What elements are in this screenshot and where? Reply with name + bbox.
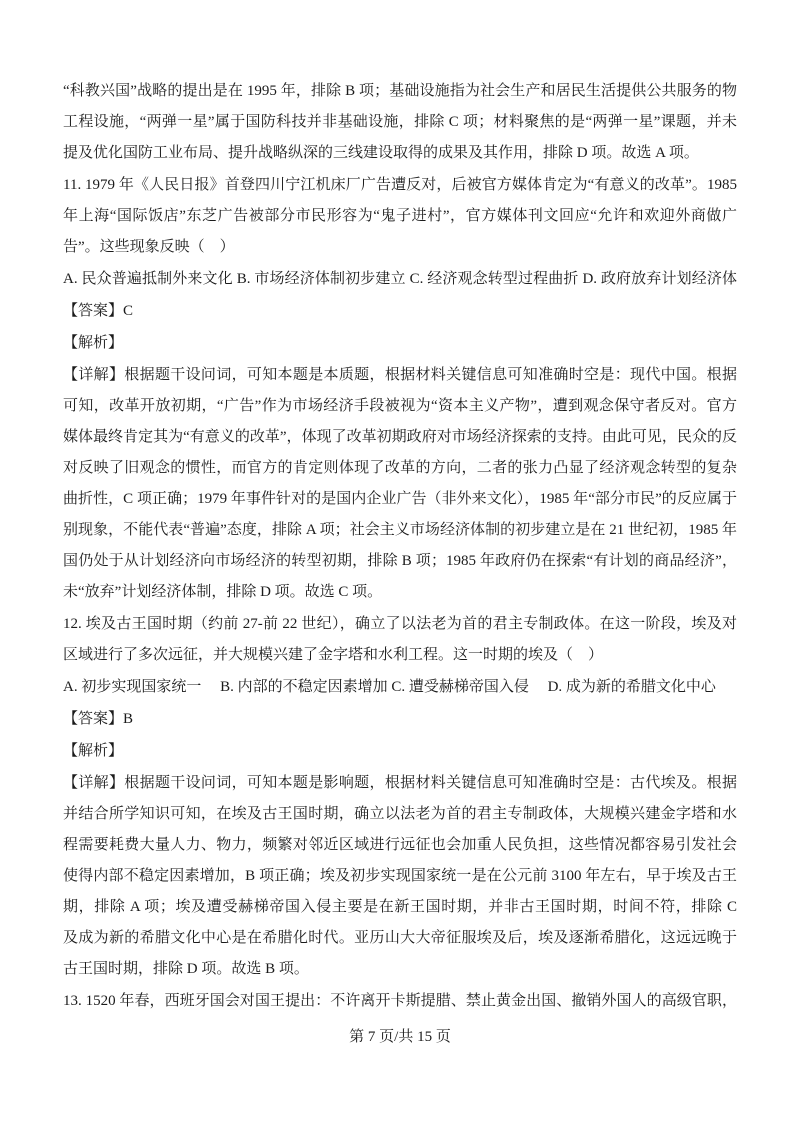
text-line: 国仍处于从计划经济向市场经济的转型初期，排除 B 项；1985 年政府仍在探索“… xyxy=(63,546,737,577)
text-line: 11. 1979 年《人民日报》首登四川宁江机床厂广告遭反对，后被官方媒体肯定为… xyxy=(63,170,737,201)
text-line: 别现象，不能代表“普遍”态度，排除 A 项；社会主义市场经济体制的初步建立是在 … xyxy=(63,515,737,546)
page-number: 第 7 页/共 15 页 xyxy=(349,1029,451,1045)
question-11-answer: 【答案】C xyxy=(63,296,737,327)
text-line: 12. 埃及古王国时期（约前 27-前 22 世纪），确立了以法老为首的君主专制… xyxy=(63,609,737,640)
question-12-answer: 【答案】B xyxy=(63,704,737,735)
text-line: 并结合所学知识可知，在埃及古王国时期，确立以法老为首的君主专制政体，大规模兴建金… xyxy=(63,799,737,830)
text-line: 【答案】C xyxy=(63,296,737,327)
text-line: 【解析】 xyxy=(63,328,737,359)
text-line: 曲折性，C 项正确；1979 年事件针对的是国内企业广告（非外来文化），1985… xyxy=(63,484,737,515)
explanation-continuation-q10: “科教兴国”战略的提出是在 1995 年，排除 B 项；基础设施指为社会生产和居… xyxy=(63,76,737,169)
text-line: 工程设施，“两弹一星”属于国防科技并非基础设施，排除 C 项；材料聚焦的是“两弹… xyxy=(63,107,737,138)
text-line: “科教兴国”战略的提出是在 1995 年，排除 B 项；基础设施指为社会生产和居… xyxy=(63,76,737,107)
question-11-options: A. 民众普遍抵制外来文化 B. 市场经济体制初步建立 C. 经济观念转型过程曲… xyxy=(63,264,737,295)
question-13-stem: 13. 1520 年春，西班牙国会对国王提出：不许离开卡斯提腊、禁止黄金出国、撤… xyxy=(63,986,737,1017)
text-line: 古王国时期，排除 D 项。故选 B 项。 xyxy=(63,954,737,985)
text-line: 程需要耗费大量人力、物力，频繁对邻近区域进行远征也会加重人民负担，这些情况都容易… xyxy=(63,830,737,861)
text-line: 及成为新的希腊文化中心是在希腊化时代。亚历山大大帝征服埃及后，埃及逐渐希腊化，这… xyxy=(63,923,737,954)
text-line: 对反映了旧观念的惯性，而官方的肯定则体现了改革的方向，二者的张力凸显了经济观念转… xyxy=(63,453,737,484)
text-line: 年上海“国际饭店”东芝广告被部分市民形容为“鬼子进村”，官方媒体刊文回应“允许和… xyxy=(63,201,737,232)
text-line: 【详解】根据题干设问词，可知本题是影响题，根据材料关键信息可知准确时空是：古代埃… xyxy=(63,768,737,799)
text-line: 可知，改革开放初期，“广告”作为市场经济手段被视为“资本主义产物”，遭到观念保守… xyxy=(63,391,737,422)
text-line: 提及优化国防工业布局、提升战略纵深的三线建设取得的成果及其作用，排除 D 项。故… xyxy=(63,138,737,169)
document-page: “科教兴国”战略的提出是在 1995 年，排除 B 项；基础设施指为社会生产和居… xyxy=(0,0,800,1131)
text-line: 期，排除 A 项；埃及遭受赫梯帝国入侵主要是在新王国时期，并非古王国时期，时间不… xyxy=(63,892,737,923)
question-12-options: A. 初步实现国家统一 B. 内部的不稳定因素增加 C. 遭受赫梯帝国入侵 D.… xyxy=(63,672,737,703)
question-11-detail: 【详解】根据题干设问词，可知本题是本质题，根据材料关键信息可知准确时空是：现代中… xyxy=(63,360,737,608)
page-footer: 第 7 页/共 15 页 xyxy=(0,1022,800,1053)
text-line: 【答案】B xyxy=(63,704,737,735)
question-11-analysis-label: 【解析】 xyxy=(63,328,737,359)
text-line: 媒体最终肯定其为“有意义的改革”，体现了改革初期政府对市场经济探索的支持。由此可… xyxy=(63,422,737,453)
question-11-stem: 11. 1979 年《人民日报》首登四川宁江机床厂广告遭反对，后被官方媒体肯定为… xyxy=(63,170,737,263)
text-line: 使得内部不稳定因素增加，B 项正确；埃及初步实现国家统一是在公元前 3100 年… xyxy=(63,861,737,892)
text-line: 13. 1520 年春，西班牙国会对国王提出：不许离开卡斯提腊、禁止黄金出国、撤… xyxy=(63,986,737,1017)
text-line: 区域进行了多次远征，并大规模兴建了金字塔和水利工程。这一时期的埃及（ ） xyxy=(63,640,737,671)
text-line: 告”。这些现象反映（ ） xyxy=(63,232,737,263)
document-body: “科教兴国”战略的提出是在 1995 年，排除 B 项；基础设施指为社会生产和居… xyxy=(63,76,737,1017)
question-12-analysis-label: 【解析】 xyxy=(63,736,737,767)
question-12-detail: 【详解】根据题干设问词，可知本题是影响题，根据材料关键信息可知准确时空是：古代埃… xyxy=(63,768,737,985)
text-line: A. 民众普遍抵制外来文化 B. 市场经济体制初步建立 C. 经济观念转型过程曲… xyxy=(63,264,737,295)
text-line: 【解析】 xyxy=(63,736,737,767)
text-line: A. 初步实现国家统一 B. 内部的不稳定因素增加 C. 遭受赫梯帝国入侵 D.… xyxy=(63,672,737,703)
text-line: 未“放弃”计划经济体制，排除 D 项。故选 C 项。 xyxy=(63,577,737,608)
question-12-stem: 12. 埃及古王国时期（约前 27-前 22 世纪），确立了以法老为首的君主专制… xyxy=(63,609,737,671)
text-line: 【详解】根据题干设问词，可知本题是本质题，根据材料关键信息可知准确时空是：现代中… xyxy=(63,360,737,391)
